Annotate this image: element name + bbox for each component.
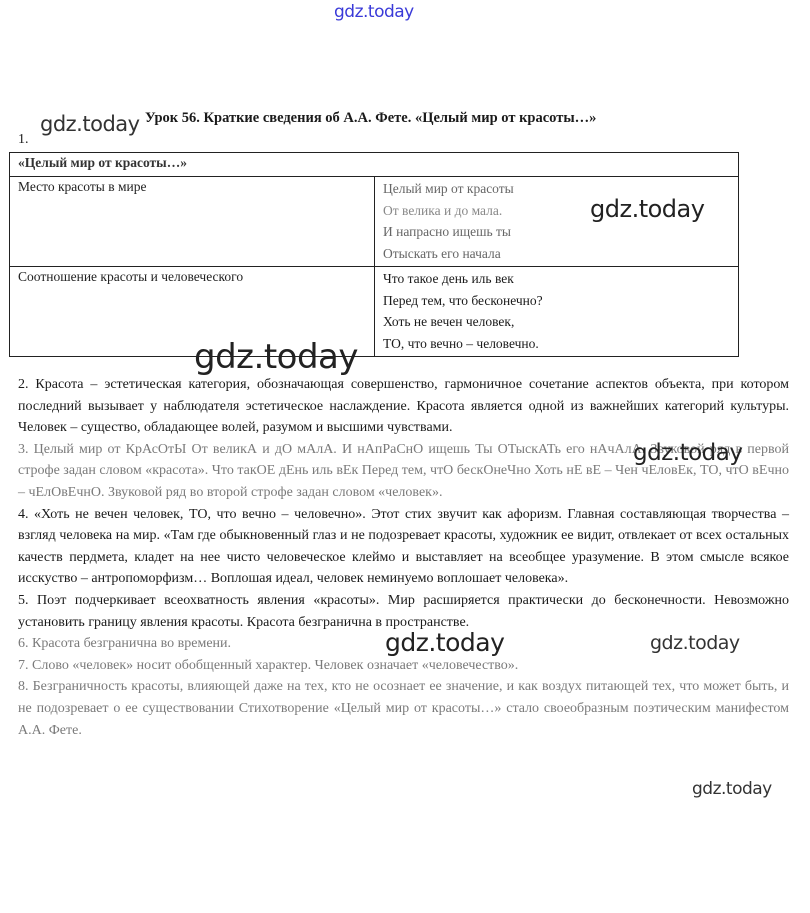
answer-2: 2. Красота – эстетическая категория, обо… [18, 374, 789, 439]
quote-line: Целый мир от красоты [383, 178, 730, 200]
answer-4: 4. «Хоть не вечен человек, ТО, что вечно… [18, 504, 789, 590]
quote-line: Отыскать его начала [383, 243, 730, 265]
task-number: 1. [18, 132, 29, 148]
quote-line: Хоть не вечен человек, [383, 311, 730, 333]
quote-line: От велика и до мала. [383, 200, 730, 222]
table-row: Место красоты в мире Целый мир от красот… [10, 177, 739, 267]
watermark: gdz.today [692, 779, 772, 799]
watermark: gdz.today [40, 112, 140, 136]
table-header-row: «Целый мир от красоты…» [10, 153, 739, 177]
answer-7: 7. Слово «человек» носит обобщенный хара… [18, 655, 789, 677]
answer-8: 8. Безграничность красоты, влияющей даже… [18, 676, 789, 741]
watermark-top: gdz.today [334, 2, 414, 22]
quote-line: ТО, что вечно – человечно. [383, 333, 730, 355]
row-quote: Что такое день иль век Перед тем, что бе… [375, 267, 739, 357]
table-row: Соотношение красоты и человеческого Что … [10, 267, 739, 357]
answer-5: 5. Поэт подчеркивает всеохватность явлен… [18, 590, 789, 633]
watermark: gdz.today [385, 628, 504, 657]
answers-text: 2. Красота – эстетическая категория, обо… [18, 374, 789, 741]
poem-analysis-table: «Целый мир от красоты…» Место красоты в … [9, 152, 739, 357]
watermark: gdz.today [194, 337, 358, 377]
row-quote: Целый мир от красоты От велика и до мала… [375, 177, 739, 267]
watermark: gdz.today [633, 440, 742, 466]
row-label: Место красоты в мире [10, 177, 375, 267]
quote-line: Что такое день иль век [383, 268, 730, 290]
quote-line: Перед тем, что бесконечно? [383, 290, 730, 312]
lesson-title: Урок 56. Краткие сведения об А.А. Фете. … [145, 110, 596, 127]
watermark: gdz.today [650, 632, 740, 654]
table-header: «Целый мир от красоты…» [10, 153, 739, 177]
quote-line: И напрасно ищешь ты [383, 221, 730, 243]
